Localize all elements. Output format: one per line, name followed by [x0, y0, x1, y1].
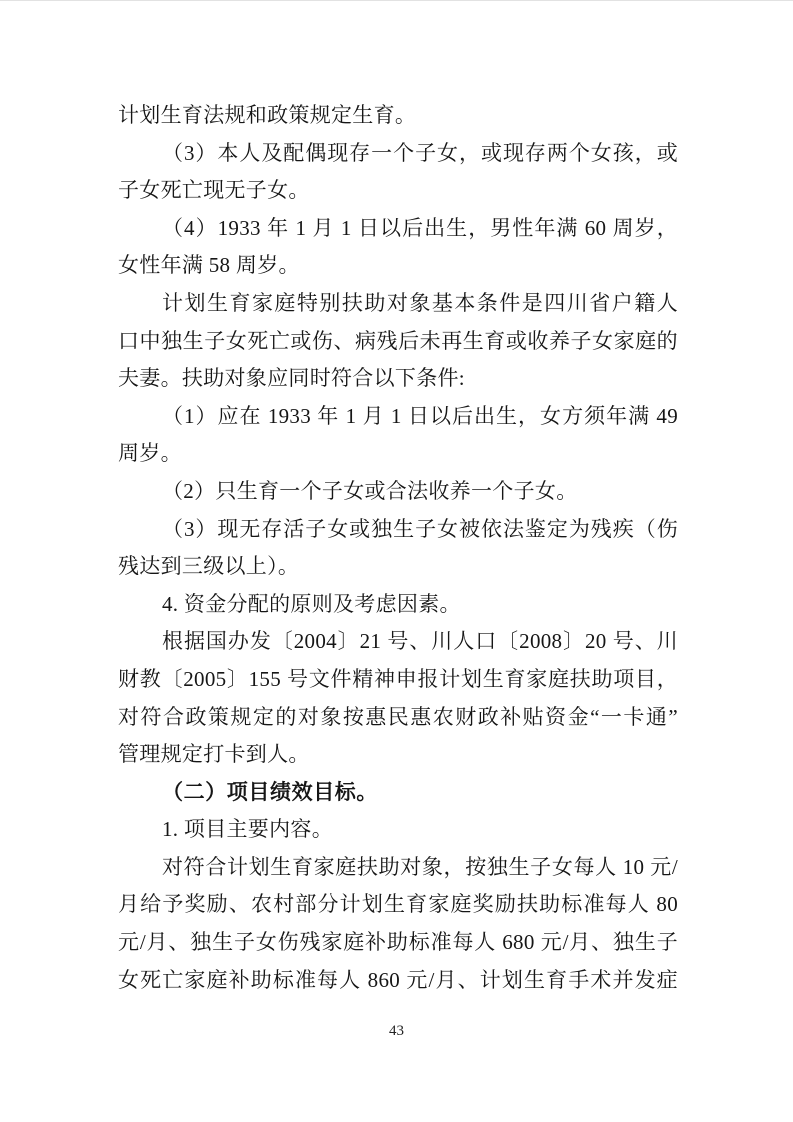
body-line: （3）现无存活子女或独生子女被依法鉴定为残疾（伤 — [118, 511, 678, 549]
body-line: 财教〔2005〕155 号文件精神申报计划生育家庭扶助项目， — [118, 661, 678, 699]
body-line: 管理规定打卡到人。 — [118, 736, 678, 774]
body-line: 计划生育法规和政策规定生育。 — [118, 97, 678, 135]
body-line: （3）本人及配偶现存一个子女，或现存两个女孩，或 — [118, 135, 678, 173]
document-text-block: 计划生育法规和政策规定生育。 （3）本人及配偶现存一个子女，或现存两个女孩，或 … — [118, 97, 678, 999]
section-heading-project-performance-goals: （二）项目绩效目标。 — [118, 774, 678, 812]
document-page: 计划生育法规和政策规定生育。 （3）本人及配偶现存一个子女，或现存两个女孩，或 … — [0, 0, 793, 1122]
body-line: 1. 项目主要内容。 — [118, 811, 678, 849]
page-top-edge — [0, 0, 793, 1]
body-line: （2）只生育一个子女或合法收养一个子女。 — [118, 473, 678, 511]
body-line: （1）应在 1933 年 1 月 1 日以后出生，女方须年满 49 — [118, 398, 678, 436]
body-line: 元/月、独生子女伤残家庭补助标准每人 680 元/月、独生子 — [118, 924, 678, 962]
body-line: 子女死亡现无子女。 — [118, 172, 678, 210]
body-line: 根据国办发〔2004〕21 号、川人口〔2008〕20 号、川 — [118, 623, 678, 661]
body-line: 对符合计划生育家庭扶助对象，按独生子女每人 10 元/ — [118, 849, 678, 887]
body-line: （4）1933 年 1 月 1 日以后出生，男性年满 60 周岁， — [118, 210, 678, 248]
body-line: 夫妻。扶助对象应同时符合以下条件: — [118, 360, 678, 398]
body-line: 女死亡家庭补助标准每人 860 元/月、计划生育手术并发症 — [118, 962, 678, 1000]
body-line: 周岁。 — [118, 435, 678, 473]
body-line: 女性年满 58 周岁。 — [118, 247, 678, 285]
body-line: 计划生育家庭特别扶助对象基本条件是四川省户籍人 — [118, 285, 678, 323]
body-line: 口中独生子女死亡或伤、病残后未再生育或收养子女家庭的 — [118, 323, 678, 361]
body-line: 残达到三级以上）。 — [118, 548, 678, 586]
body-line: 月给予奖励、农村部分计划生育家庭奖励扶助标准每人 80 — [118, 886, 678, 924]
body-line: 对符合政策规定的对象按惠民惠农财政补贴资金“一卡通” — [118, 699, 678, 737]
body-line: 4. 资金分配的原则及考虑因素。 — [118, 586, 678, 624]
page-number: 43 — [0, 1022, 793, 1040]
